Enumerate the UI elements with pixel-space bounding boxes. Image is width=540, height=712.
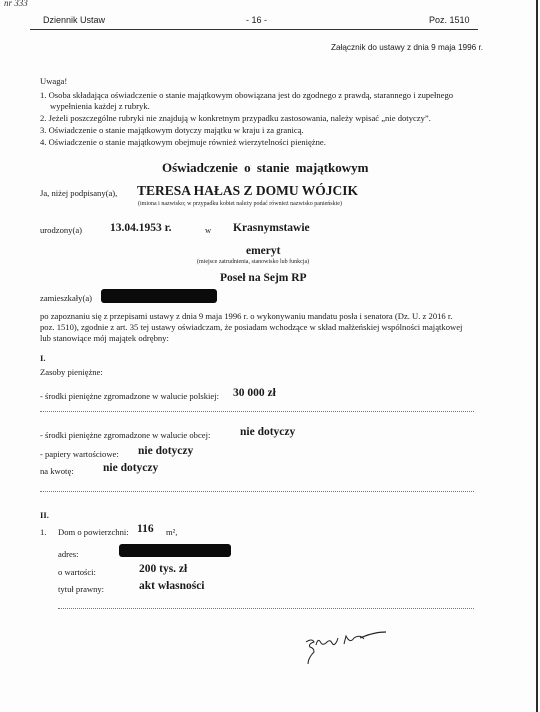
occupation-note: (miejsce zatrudnienia, stanowisko lub fu… bbox=[197, 259, 309, 265]
notice-item-4: 4. Oświadczenie o stanie majątkowym obej… bbox=[40, 137, 326, 147]
full-name[interactable]: TERESA HAŁAS Z DOMU WÓJCIK bbox=[137, 183, 358, 199]
redacted-address bbox=[119, 544, 231, 557]
title-value[interactable]: akt własności bbox=[139, 580, 205, 592]
pln-label: - środki pieniężne zgromadzone w walucie… bbox=[40, 391, 219, 401]
foreign-value[interactable]: nie dotyczy bbox=[240, 426, 295, 438]
notice-item-1-cont: wypełnienia każdej z rubryk. bbox=[50, 101, 150, 111]
handwritten-mark: nr 333 bbox=[4, 0, 28, 8]
notice-item-1: 1. Osoba składająca oświadczenie o stani… bbox=[40, 90, 453, 100]
residence-label: zamieszkały(a) bbox=[40, 293, 92, 303]
header-rule bbox=[30, 29, 478, 30]
notice-title: Uwaga! bbox=[40, 76, 67, 86]
signed-label: Ja, niżej podpisany(a), bbox=[40, 188, 117, 198]
header-journal: Dziennik Ustaw bbox=[43, 15, 105, 25]
birth-place[interactable]: Krasnymstawie bbox=[233, 222, 310, 234]
securities-value[interactable]: nie dotyczy bbox=[138, 445, 193, 457]
name-note: (imiona i nazwisko; w przypadku kobiet n… bbox=[138, 201, 342, 207]
section-2-numeral: II. bbox=[40, 510, 49, 520]
born-label: urodzony(a) bbox=[40, 225, 82, 235]
amount-value[interactable]: nie dotyczy bbox=[103, 462, 158, 474]
value-label: o wartości: bbox=[58, 567, 96, 577]
amount-label: na kwotę: bbox=[40, 466, 74, 476]
birth-date[interactable]: 13.04.1953 r. bbox=[110, 222, 172, 234]
house-value[interactable]: 200 tys. zł bbox=[139, 563, 187, 575]
dotted-line bbox=[58, 608, 474, 609]
address-label: adres: bbox=[58, 549, 79, 559]
header-page-number: - 16 - bbox=[246, 15, 267, 25]
declaration-line-3: lub stanowiące mój majątek odrębny: bbox=[40, 333, 169, 343]
position[interactable]: Poseł na Sejm RP bbox=[220, 272, 307, 284]
house-label: Dom o powierzchni: bbox=[58, 527, 129, 537]
dotted-line bbox=[40, 411, 474, 412]
redacted-residence bbox=[101, 289, 217, 303]
notice-item-3: 3. Oświadczenie o stanie majątkowym doty… bbox=[40, 125, 304, 135]
dotted-line bbox=[40, 491, 474, 492]
pln-value[interactable]: 30 000 zł bbox=[233, 387, 276, 399]
securities-label: - papiery wartościowe: bbox=[40, 449, 119, 459]
form-title: Oświadczenie o stanie majątkowym bbox=[162, 160, 369, 176]
title-label: tytuł prawny: bbox=[58, 584, 104, 594]
occupation[interactable]: emeryt bbox=[246, 245, 280, 257]
house-unit: m², bbox=[166, 527, 177, 537]
in-label: w bbox=[205, 225, 211, 235]
section-1-heading: Zasoby pieniężne: bbox=[40, 367, 103, 377]
signature-icon bbox=[300, 628, 392, 668]
house-area[interactable]: 116 bbox=[137, 523, 154, 535]
header-position: Poz. 1510 bbox=[429, 15, 470, 25]
foreign-label: - środki pieniężne zgromadzone w walucie… bbox=[40, 430, 210, 440]
notice-item-2: 2. Jeżeli poszczególne rubryki nie znajd… bbox=[40, 113, 431, 123]
section-1-numeral: I. bbox=[40, 353, 46, 363]
page-edge bbox=[536, 0, 538, 712]
annex-note: Załącznik do ustawy z dnia 9 maja 1996 r… bbox=[331, 43, 483, 52]
item-number: 1. bbox=[40, 527, 46, 537]
declaration-line-2: poz. 1510), zgodnie z art. 35 tej ustawy… bbox=[40, 322, 462, 332]
declaration-line-1: po zapoznaniu się z przepisami ustawy z … bbox=[40, 311, 452, 321]
